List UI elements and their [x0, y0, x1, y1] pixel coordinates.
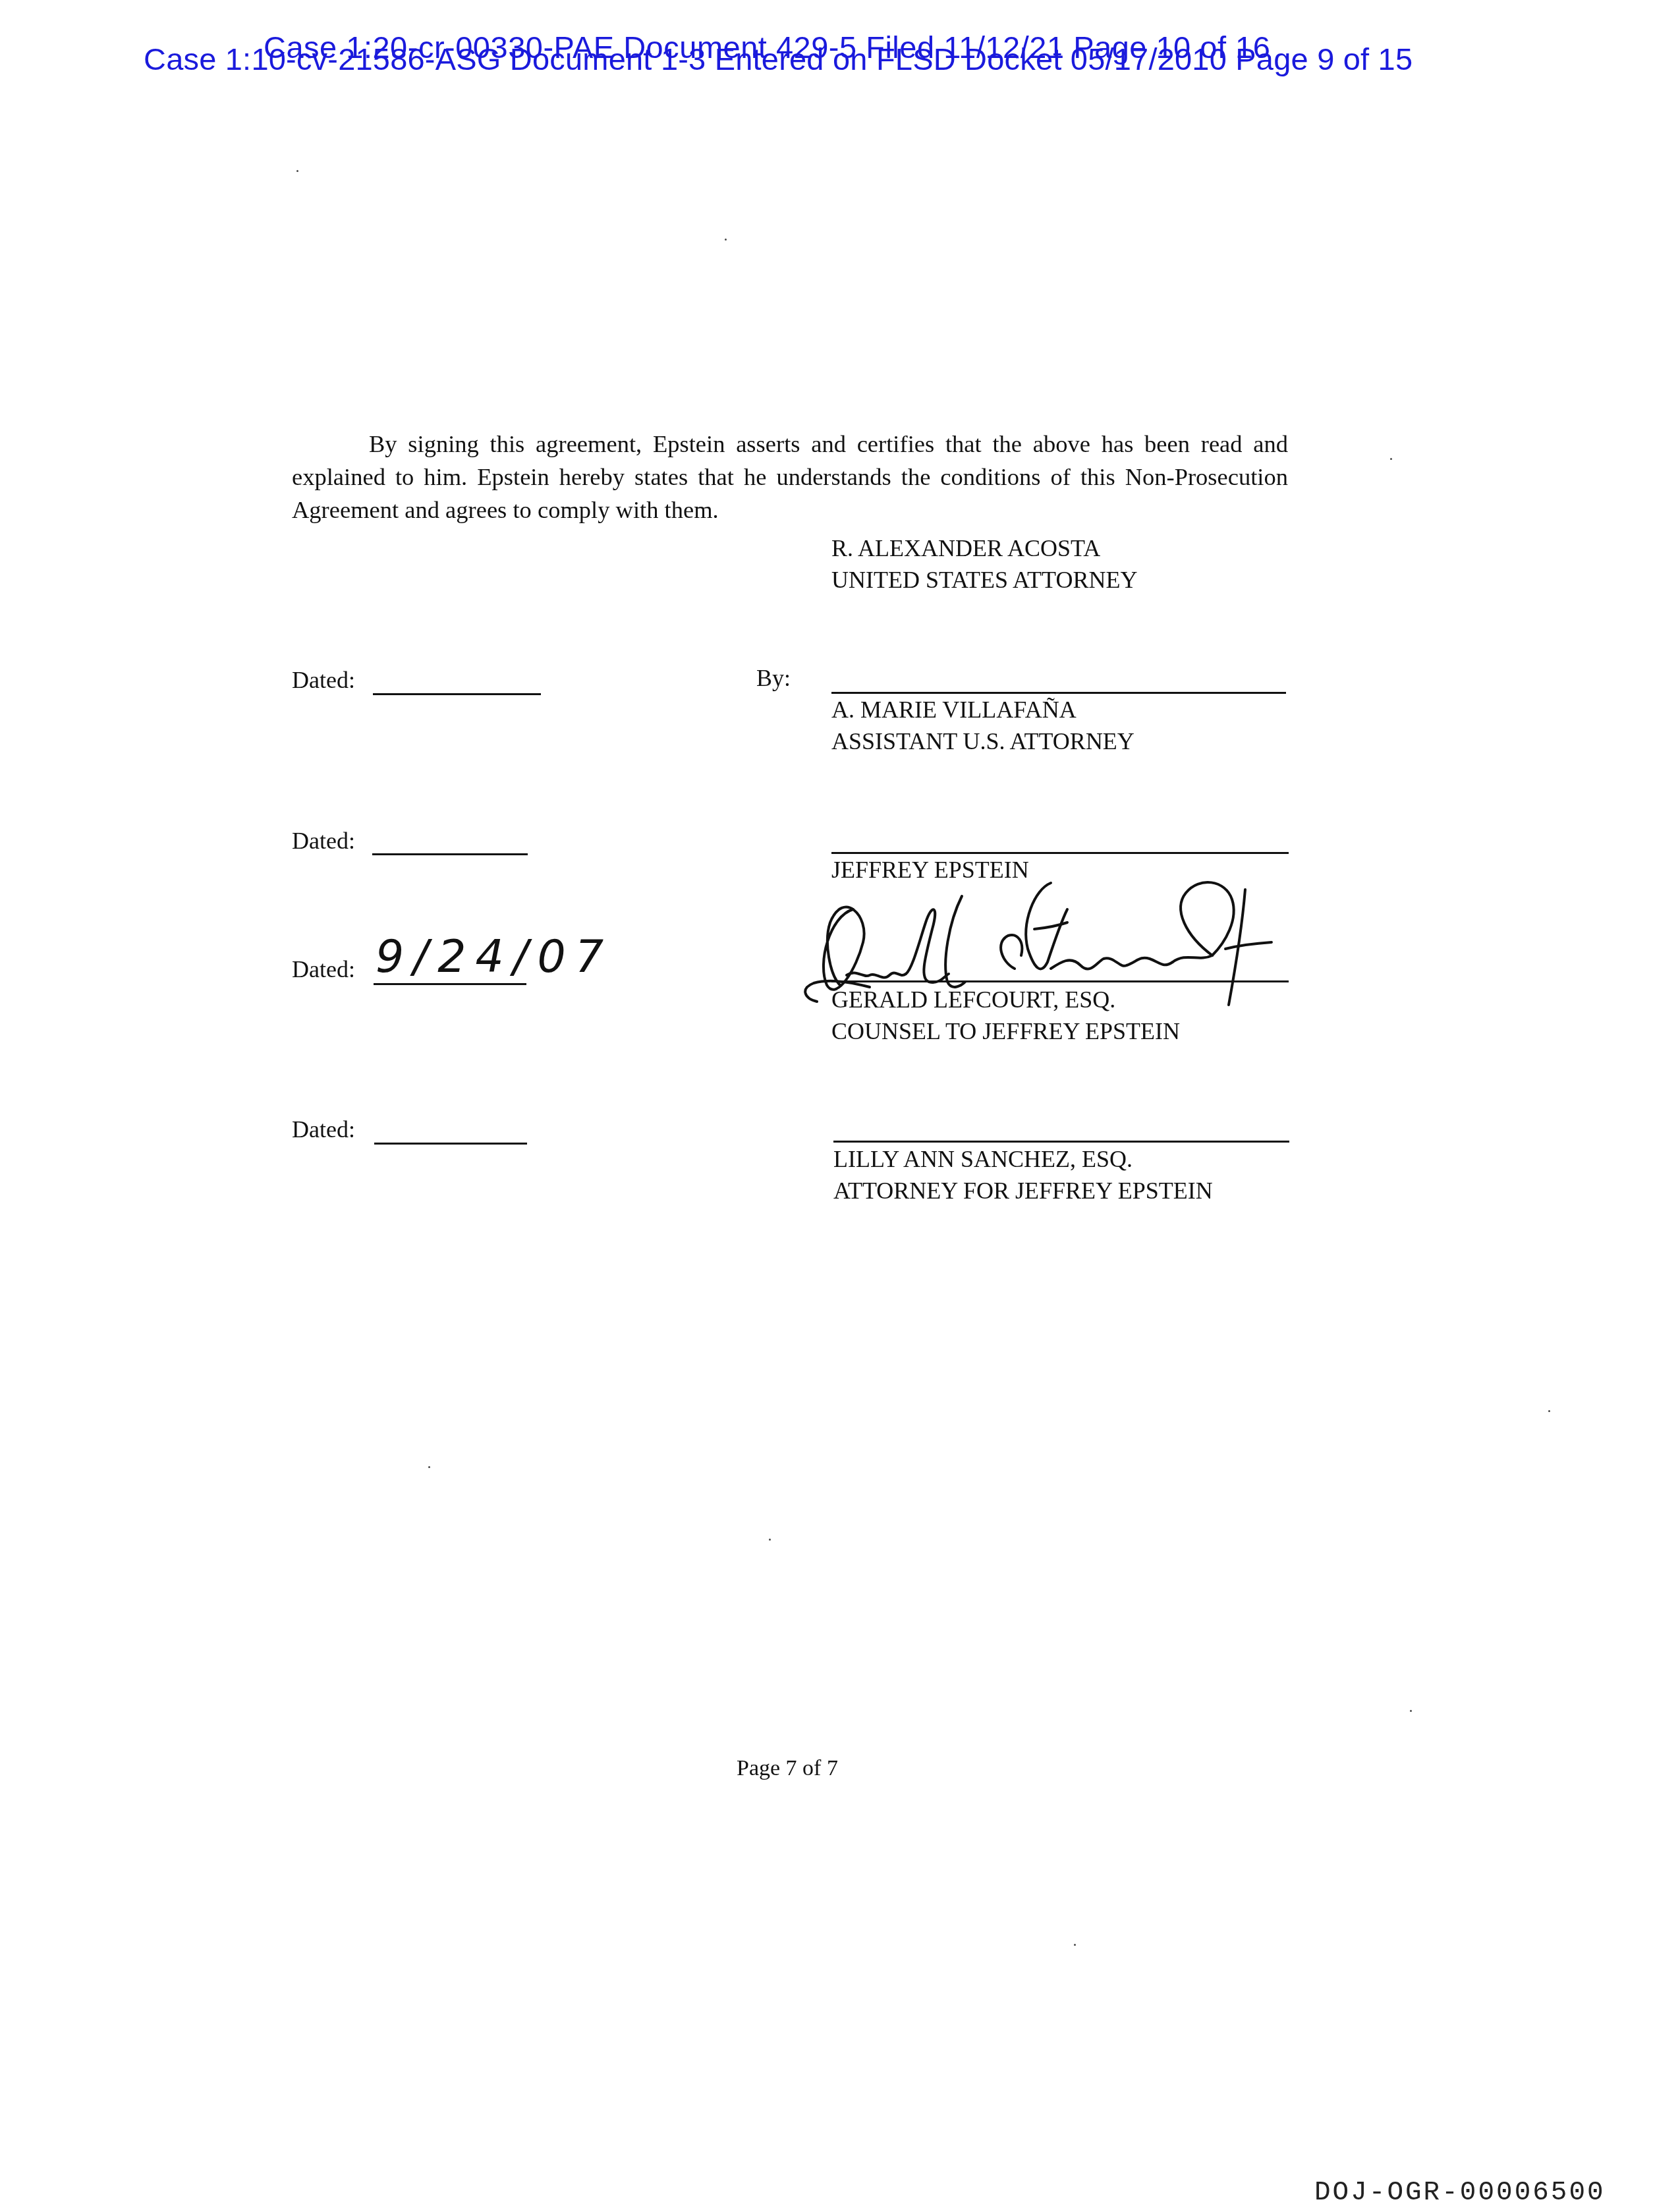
- signer-title: ASSISTANT U.S. ATTORNEY: [831, 725, 1134, 757]
- scan-speck: [1074, 1944, 1076, 1946]
- scan-speck: [1390, 458, 1392, 460]
- page-number: Page 7 of 7: [737, 1753, 838, 1784]
- scan-speck: [428, 1466, 430, 1468]
- signer-name: LILLY ANN SANCHEZ, ESQ.: [833, 1143, 1133, 1175]
- date-line[interactable]: [374, 1143, 527, 1145]
- dated-label: Dated:: [292, 825, 355, 857]
- scan-speck: [725, 239, 727, 241]
- us-attorney-title: UNITED STATES ATTORNEY: [831, 564, 1137, 596]
- scan-speck: [769, 1539, 771, 1541]
- signer-name: GERALD LEFCOURT, ESQ.: [831, 984, 1115, 1015]
- scan-speck: [1410, 1710, 1412, 1712]
- dated-label: Dated:: [292, 953, 355, 985]
- certification-paragraph: By signing this agreement, Epstein asser…: [292, 428, 1288, 526]
- date-line[interactable]: [372, 853, 528, 855]
- refiled-case-stamp: Case 1:20-cr-00330-PAE Document 429-5 Fi…: [264, 29, 1270, 65]
- us-attorney-name: R. ALEXANDER ACOSTA: [831, 532, 1100, 564]
- signer-title: COUNSEL TO JEFFREY EPSTEIN: [831, 1015, 1180, 1047]
- by-label: By:: [756, 662, 791, 694]
- handwritten-date: 9/24/07: [376, 928, 613, 987]
- date-line[interactable]: [373, 693, 541, 695]
- signer-name: A. MARIE VILLAFAÑA: [831, 694, 1077, 725]
- scan-speck: [296, 170, 298, 172]
- signature-line[interactable]: [831, 980, 1289, 982]
- dated-label: Dated:: [292, 664, 355, 696]
- dated-label: Dated:: [292, 1114, 355, 1145]
- case-stamp-header: Case 1:10-cv-21586-ASG Document 1-3 Ente…: [0, 34, 1680, 80]
- bates-number: DOJ-OGR-00006500: [1314, 2178, 1606, 2208]
- signature-line[interactable]: [833, 1141, 1289, 1143]
- signer-title: ATTORNEY FOR JEFFREY EPSTEIN: [833, 1175, 1213, 1206]
- scan-speck: [1548, 1410, 1550, 1412]
